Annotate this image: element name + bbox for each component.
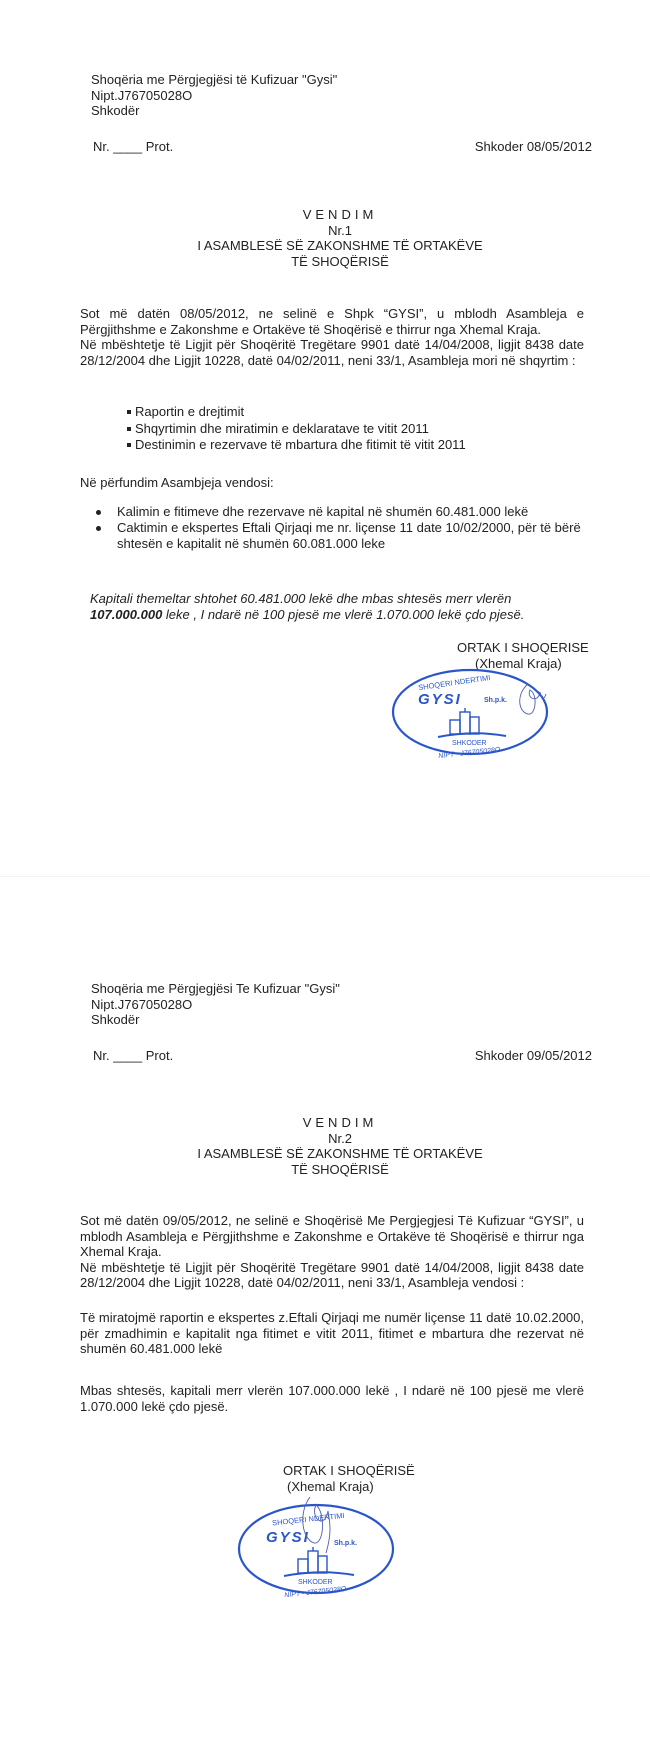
company-nipt: Nipt.J76705028O	[91, 88, 337, 104]
intro-text: Sot më datën 09/05/2012, ne selinë e Sho…	[80, 1213, 584, 1259]
company-nipt: Nipt.J76705028O	[91, 997, 340, 1013]
intro-paragraph: Sot më datën 08/05/2012, ne selinë e Shp…	[80, 306, 584, 368]
company-stamp-icon: SHOQERI NDERTIMI GYSI Sh.p.k. SHKODER NI…	[236, 1493, 406, 1597]
capital-note: Kapitali themeltar shtohet 60.481.000 le…	[90, 591, 610, 623]
signature-role: ORTAK I SHOQERISE	[457, 640, 589, 656]
svg-text:NIPT - J76705028O: NIPT - J76705028O	[284, 1586, 347, 1597]
legal-basis-text: Në mbështetje të Ligjit për Shoqëritë Tr…	[80, 337, 584, 368]
decision-heading: VENDIM	[0, 207, 650, 223]
svg-text:Sh.p.k.: Sh.p.k.	[484, 697, 507, 704]
company-city: Shkodër	[91, 1012, 340, 1028]
decision-number: Nr.1	[0, 223, 650, 239]
capital-note-text: Kapitali themeltar shtohet 60.481.000 le…	[90, 591, 511, 606]
agenda-item: Shqyrtimin dhe miratimin e deklaratave t…	[127, 421, 607, 438]
decision-title: VENDIM Nr.1 I ASAMBLESË SË ZAKONSHME TË …	[0, 207, 650, 269]
signature-block: ORTAK I SHOQËRISË (Xhemal Kraja)	[283, 1463, 415, 1495]
capital-value: 107.000.000	[90, 607, 162, 622]
decision-number: Nr.2	[0, 1131, 650, 1147]
decision-title-line1: I ASAMBLESË SË ZAKONSHME TË ORTAKËVE	[0, 238, 650, 254]
company-city: Shkodër	[91, 103, 337, 119]
intro-paragraph: Sot më datën 09/05/2012, ne selinë e Sho…	[80, 1213, 584, 1291]
agenda-item: Raportin e drejtimit	[127, 404, 607, 421]
capital-note-text-2: leke , I ndarë në 100 pjesë me vlerë 1.0…	[162, 607, 524, 622]
protocol-number: Nr. ____ Prot.	[93, 139, 173, 154]
company-name: Shoqëria me Përgjegjësi Te Kufizuar "Gys…	[91, 981, 340, 997]
legal-basis-text: Në mbështetje të Ligjit për Shoqëritë Tr…	[80, 1260, 584, 1291]
conclusion-label: Në përfundim Asambjeja vendosi:	[80, 475, 274, 490]
decision-title-line2: TË SHOQËRISË	[0, 254, 650, 270]
intro-text: Sot më datën 08/05/2012, ne selinë e Shp…	[80, 306, 584, 337]
decision-heading: VENDIM	[0, 1115, 650, 1131]
signature-role: ORTAK I SHOQËRISË	[283, 1463, 415, 1479]
decision-item: Kalimin e fitimeve dhe rezervave në kapi…	[93, 504, 598, 520]
document-page-2: Shoqëria me Përgjegjësi Te Kufizuar "Gys…	[0, 876, 650, 1754]
decisions-list: Kalimin e fitimeve dhe rezervave në kapi…	[93, 504, 598, 552]
svg-text:GYSI: GYSI	[266, 1529, 310, 1546]
place-date: Shkoder 08/05/2012	[475, 139, 592, 154]
letterhead: Shoqëria me Përgjegjësi të Kufizuar "Gys…	[91, 72, 337, 119]
svg-text:GYSI: GYSI	[418, 691, 462, 708]
svg-text:SHKODER: SHKODER	[452, 740, 487, 747]
capital-note: Mbas shtesës, kapitali merr vlerën 107.0…	[80, 1383, 584, 1414]
decision-item: Caktimin e ekspertes Eftali Qirjaqi me n…	[93, 520, 598, 552]
approval-paragraph: Të miratojmë raportin e ekspertes z.Efta…	[80, 1310, 584, 1357]
agenda-item: Destinimin e rezervave të mbartura dhe f…	[127, 437, 607, 454]
decision-title-line2: TË SHOQËRISË	[0, 1162, 650, 1178]
svg-text:SHKODER: SHKODER	[298, 1579, 333, 1586]
decision-title: VENDIM Nr.2 I ASAMBLESË SË ZAKONSHME TË …	[0, 1115, 650, 1177]
svg-text:Sh.p.k.: Sh.p.k.	[334, 1540, 357, 1547]
svg-text:NIPT - J76705028O: NIPT - J76705028O	[438, 747, 501, 760]
svg-text:SHOQERI NDERTIMI: SHOQERI NDERTIMI	[272, 1511, 345, 1528]
decision-title-line1: I ASAMBLESË SË ZAKONSHME TË ORTAKËVE	[0, 1146, 650, 1162]
letterhead: Shoqëria me Përgjegjësi Te Kufizuar "Gys…	[91, 981, 340, 1028]
company-stamp-icon: SHOQERI NDERTIMI GYSI Sh.p.k. SHKODER NI…	[388, 664, 558, 760]
agenda-list: Raportin e drejtimit Shqyrtimin dhe mira…	[127, 404, 607, 454]
protocol-number: Nr. ____ Prot.	[93, 1048, 173, 1063]
document-page-1: Shoqëria me Përgjegjësi të Kufizuar "Gys…	[0, 0, 650, 876]
place-date: Shkoder 09/05/2012	[475, 1048, 592, 1063]
company-name: Shoqëria me Përgjegjësi të Kufizuar "Gys…	[91, 72, 337, 88]
